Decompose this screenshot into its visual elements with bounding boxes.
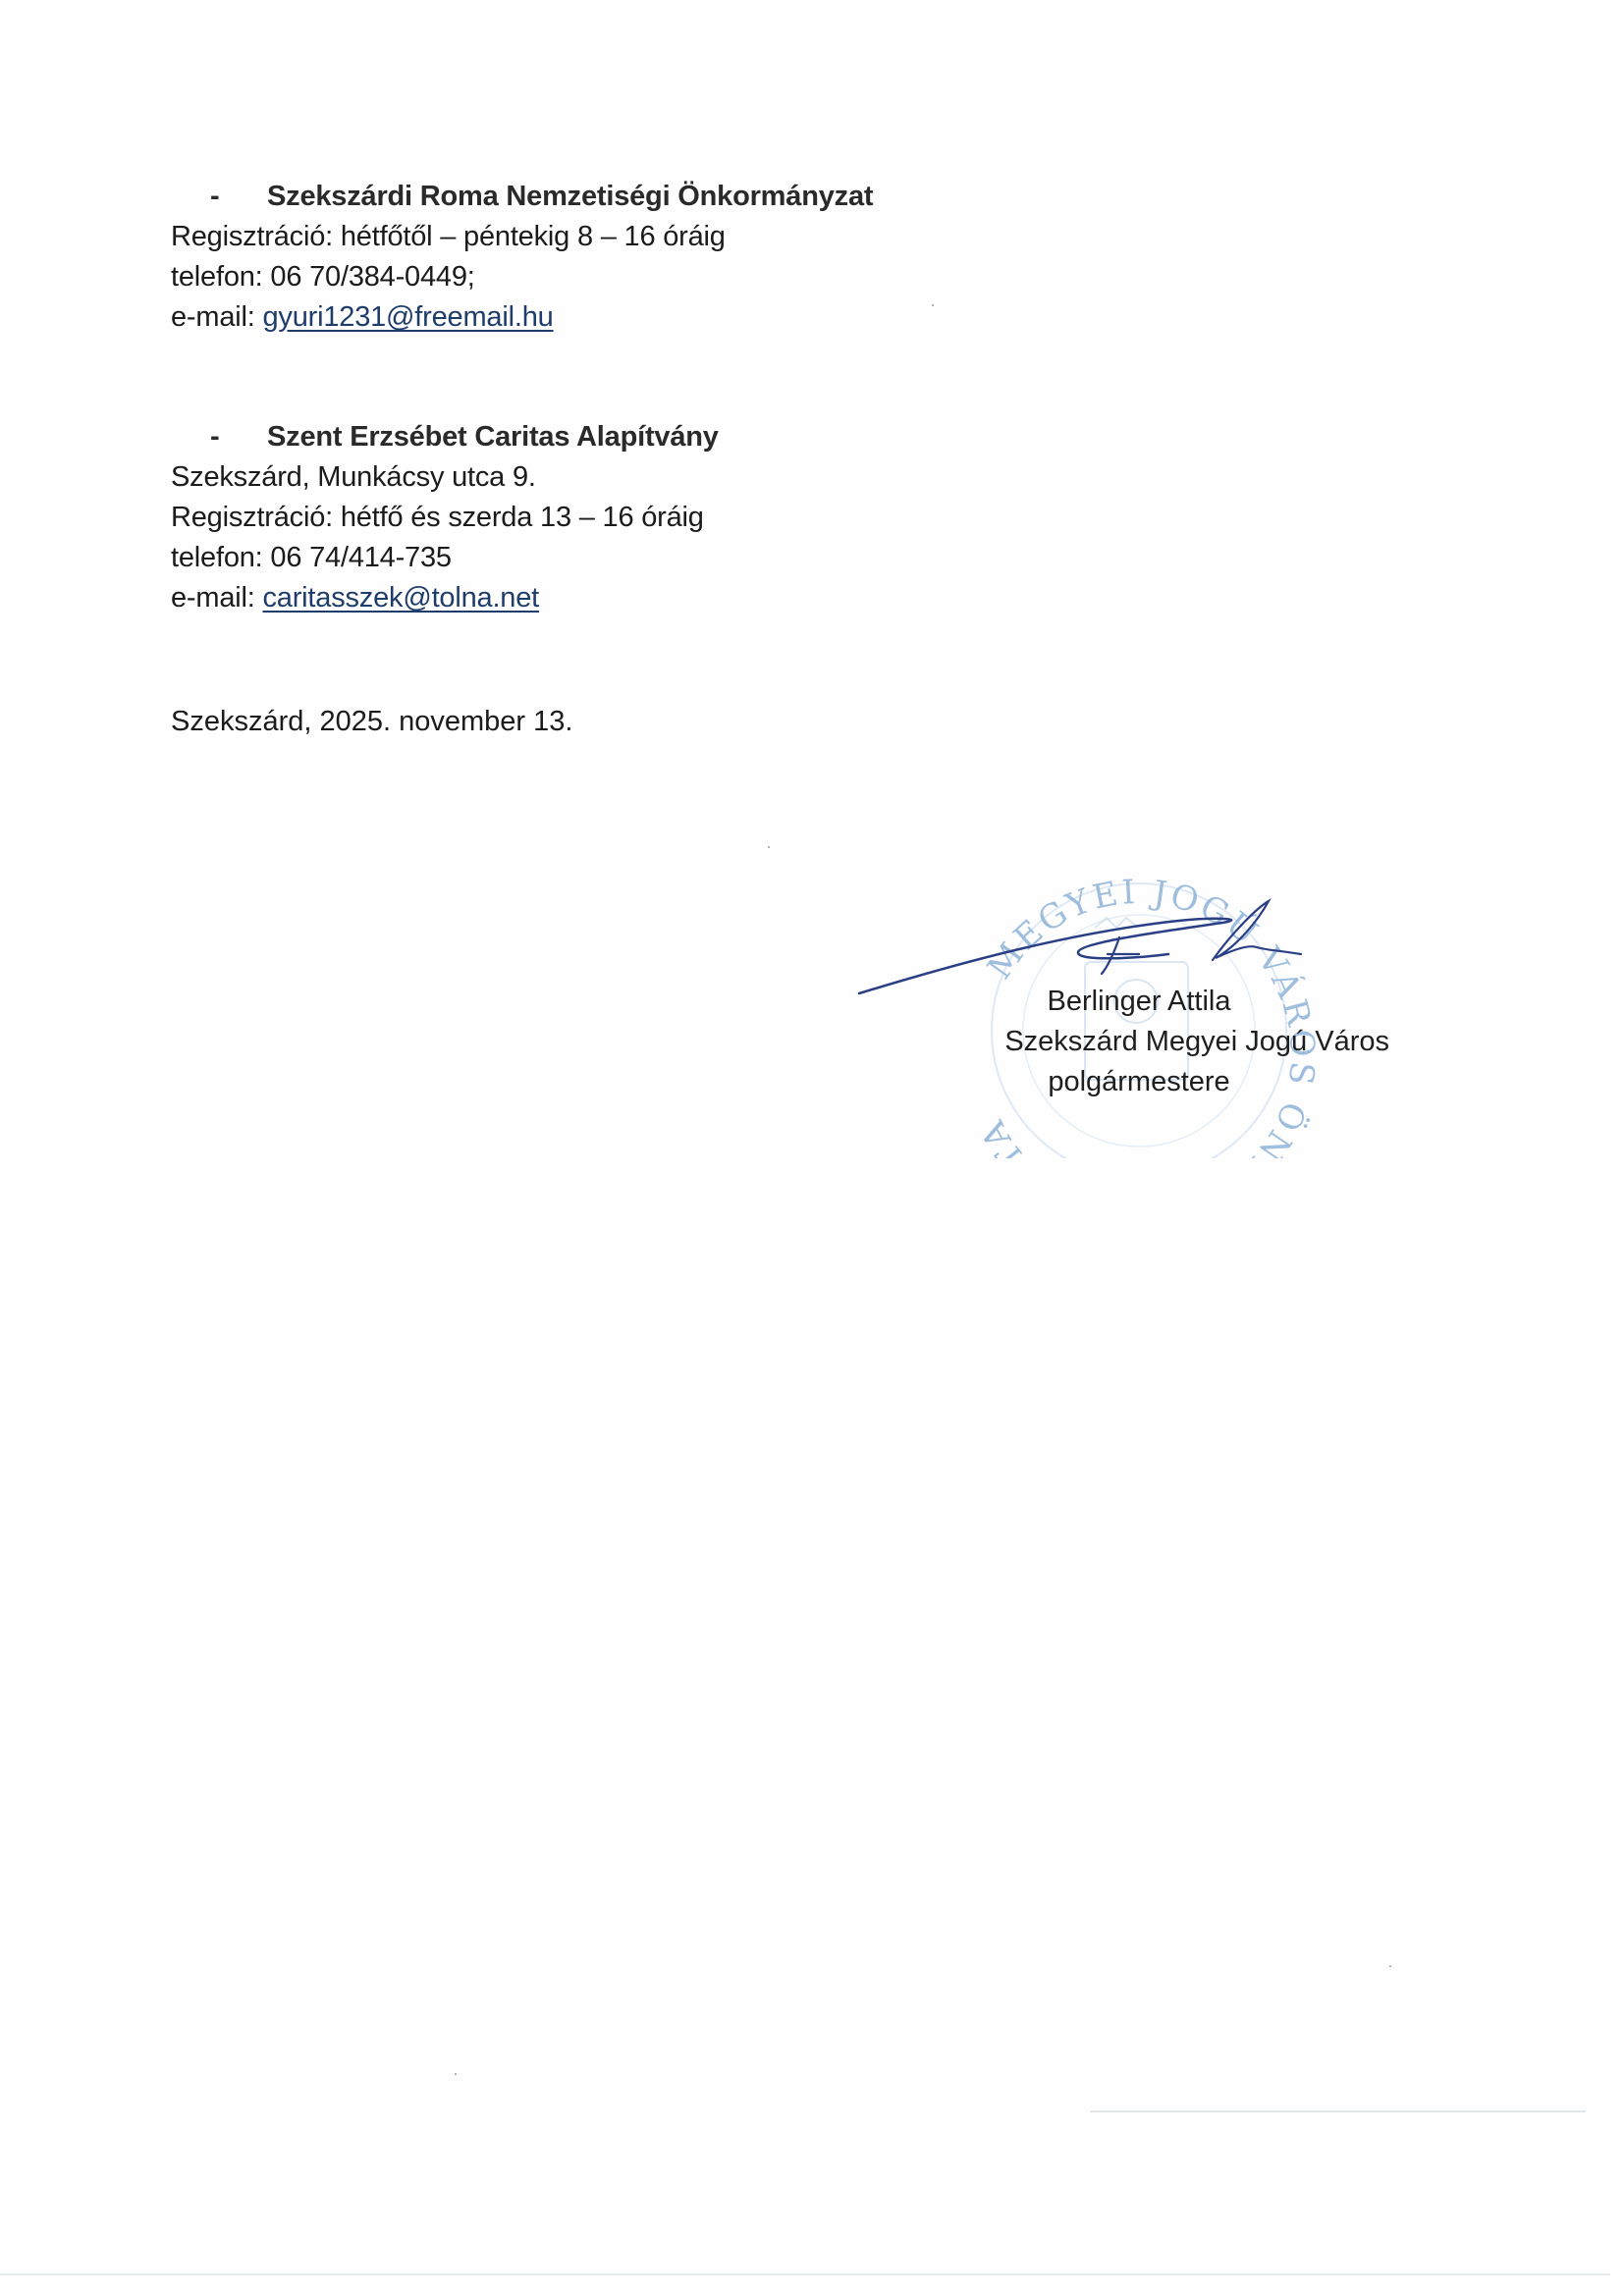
email-label: e-mail: — [171, 582, 262, 614]
scan-line — [0, 2273, 1610, 2275]
email-link[interactable]: caritasszek@tolna.net — [262, 582, 539, 614]
email-row: e-mail: caritasszek@tolna.net — [171, 578, 719, 618]
address: Szekszárd, Munkácsy utca 9. — [171, 457, 719, 498]
document-page: - Szekszárdi Roma Nemzetiségi Önkormányz… — [0, 0, 1624, 2296]
organization-caritas: - Szent Erzsébet Caritas Alapítvány Szek… — [171, 417, 719, 618]
signatory-title: Szekszárd Megyei Jogú Város — [844, 1022, 1389, 1062]
bullet-dash: - — [210, 177, 219, 217]
scan-speck — [932, 304, 934, 306]
organization-name: Szekszárdi Roma Nemzetiségi Önkormányzat — [267, 181, 873, 212]
email-row: e-mail: gyuri1231@freemail.hu — [171, 297, 873, 338]
bullet-dash: - — [210, 417, 219, 457]
email-label: e-mail: — [171, 301, 262, 333]
scan-speck — [455, 2073, 457, 2075]
email-link[interactable]: gyuri1231@freemail.hu — [262, 301, 553, 333]
scan-speck — [1389, 1965, 1391, 1967]
scan-speck — [768, 846, 770, 848]
organization-name: Szent Erzsébet Caritas Alapítvány — [267, 421, 719, 453]
registration-hours: Regisztráció: hétfőtől – péntekig 8 – 16… — [171, 217, 873, 257]
signature-block: MEGYEI JOGÚ VÁROS ÖNKORMÁNYZATA Berlinge… — [844, 834, 1414, 1158]
organization-roma: - Szekszárdi Roma Nemzetiségi Önkormányz… — [171, 177, 873, 338]
organization-title: - Szent Erzsébet Caritas Alapítvány — [171, 417, 719, 457]
scan-line — [1090, 2110, 1586, 2112]
phone-number: telefon: 06 70/384-0449; — [171, 257, 873, 297]
signatory-role: polgármestere — [952, 1062, 1326, 1102]
dateline: Szekszárd, 2025. november 13. — [171, 702, 572, 742]
signatory-name: Berlinger Attila — [943, 982, 1335, 1022]
phone-number: telefon: 06 74/414-735 — [171, 538, 719, 578]
organization-title: - Szekszárdi Roma Nemzetiségi Önkormányz… — [171, 177, 873, 217]
registration-hours: Regisztráció: hétfő és szerda 13 – 16 ór… — [171, 498, 719, 538]
